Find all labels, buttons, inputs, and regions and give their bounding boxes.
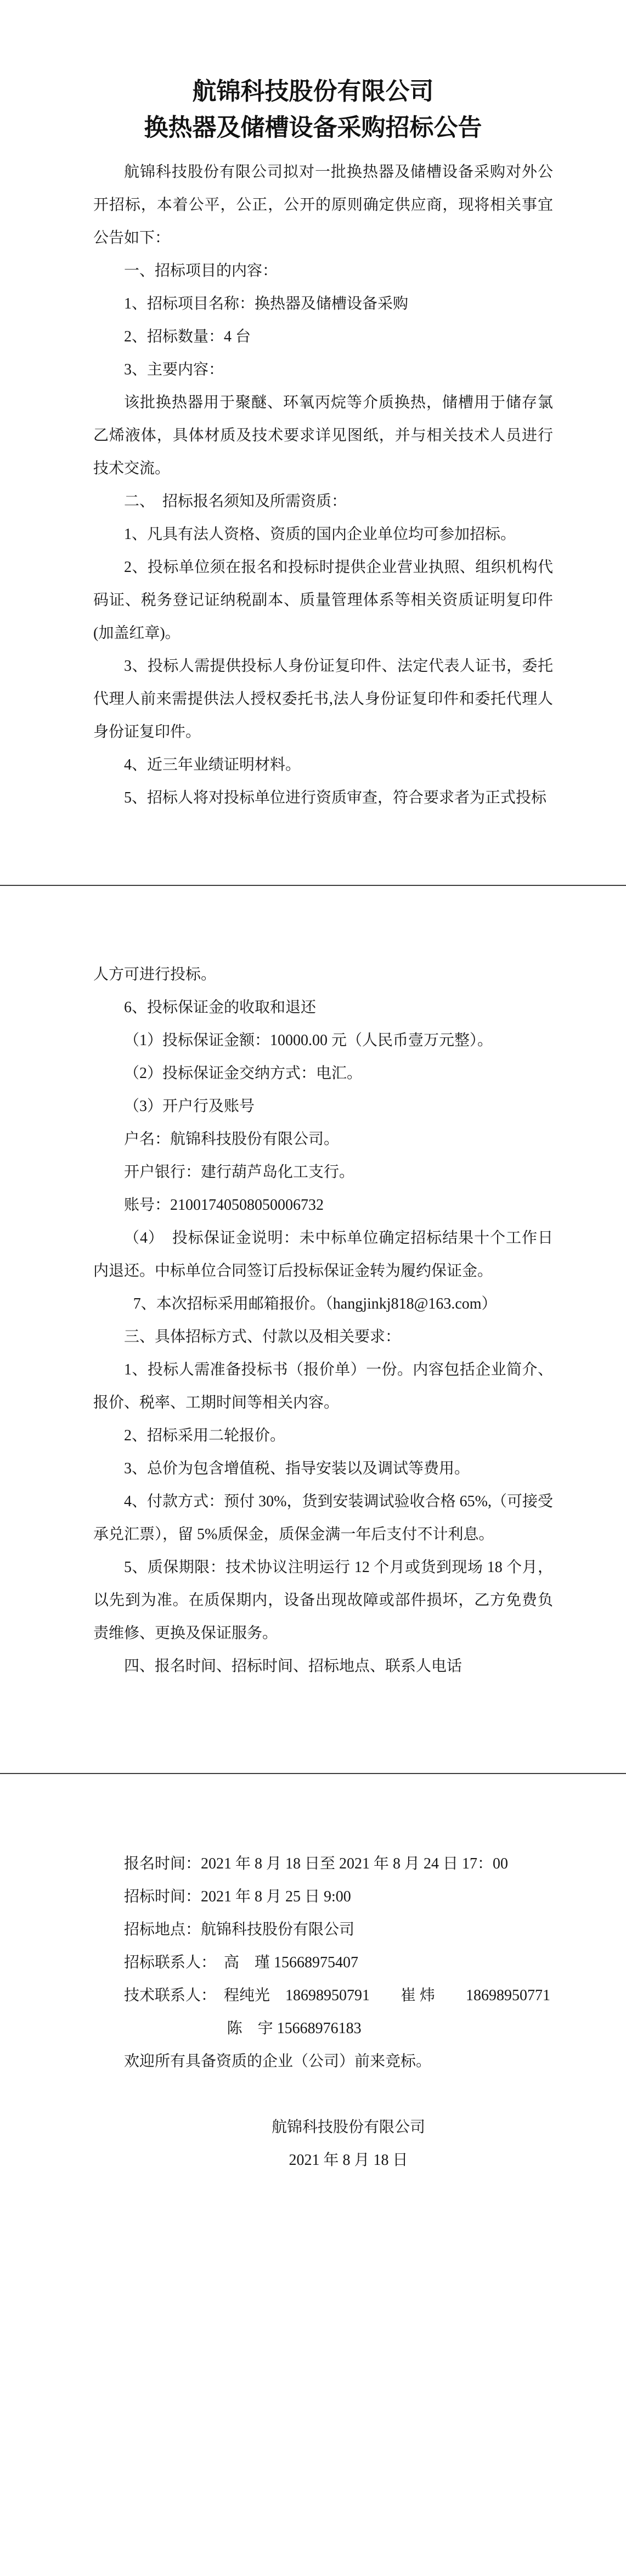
text-line: 3、投标人需提供投标人身份证复印件、法定代表人证书，委托代理人前来需提供法人授权…	[93, 650, 553, 749]
text-line: 开户银行：建行葫芦岛化工支行。	[93, 1156, 553, 1189]
text-line: 报名时间：2021 年 8 月 18 日至 2021 年 8 月 24 日 17…	[93, 1848, 553, 1881]
text-line: 欢迎所有具备资质的企业（公司）前来竞标。	[93, 2045, 553, 2078]
text-line: 1、凡具有法人资格、资质的国内企业单位均可参加招标。	[93, 518, 553, 551]
text-line: 陈 宇 15668976183	[93, 2012, 553, 2045]
text-line: 账号：21001740508050006732	[93, 1189, 553, 1222]
text-line: 4、近三年业绩证明材料。	[93, 749, 553, 782]
page-2: 人方可进行投标。6、投标保证金的收取和退还（1）投标保证金额：10000.00 …	[0, 886, 626, 1773]
text-line: 二、 招标报名须知及所需资质：	[93, 485, 553, 518]
text-line: 技术联系人： 程纯光 18698950791 崔 炜 18698950771	[93, 1979, 553, 2012]
page-1-content: 航锦科技股份有限公司拟对一批换热器及储槽设备采购对外公开招标，本着公平，公正，公…	[93, 156, 553, 815]
text-line: （1）投标保证金额：10000.00 元（人民币壹万元整）。	[93, 1024, 553, 1057]
text-line: 四、报名时间、招标时间、招标地点、联系人电话	[93, 1650, 553, 1683]
text-line: （3）开户行及账号	[93, 1090, 553, 1123]
text-line: 4、付款方式：预付 30%，货到安装调试验收合格 65%,（可接受承兑汇票），留…	[93, 1485, 553, 1551]
text-line: 6、投标保证金的收取和退还	[93, 991, 553, 1024]
text-line: 2、投标单位须在报名和投标时提供企业营业执照、组织机构代码证、税务登记证纳税副本…	[93, 551, 553, 650]
text-line: （4） 投标保证金说明：未中标单位确定招标结果十个工作日内退还。中标单位合同签订…	[93, 1222, 553, 1288]
text-line: 7、本次招标采用邮箱报价。（hangjinkj818@163.com）	[93, 1288, 553, 1321]
document-title-line-2: 换热器及储槽设备采购招标公告	[0, 110, 626, 146]
text-line: 招标地点：航锦科技股份有限公司	[93, 1913, 553, 1946]
text-line: 户名：航锦科技股份有限公司。	[93, 1123, 553, 1156]
text-line: 2、招标采用二轮报价。	[93, 1419, 553, 1452]
text-line: 招标联系人： 高 瑾 15668975407	[93, 1946, 553, 1979]
text-line: 1、招标项目名称：换热器及储槽设备采购	[93, 288, 553, 321]
text-line: 一、招标项目的内容：	[93, 255, 553, 288]
text-line: （2）投标保证金交纳方式：电汇。	[93, 1057, 553, 1090]
text-line: 5、招标人将对投标单位进行资质审查，符合要求者为正式投标	[93, 782, 553, 815]
page-3-content: 报名时间：2021 年 8 月 18 日至 2021 年 8 月 24 日 17…	[93, 1848, 553, 2177]
document-title: 航锦科技股份有限公司 换热器及储槽设备采购招标公告	[0, 74, 626, 146]
page-3: 报名时间：2021 年 8 月 18 日至 2021 年 8 月 24 日 17…	[0, 1774, 626, 2576]
text-line: 招标时间：2021 年 8 月 25 日 9:00	[93, 1881, 553, 1913]
page-1: 航锦科技股份有限公司 换热器及储槽设备采购招标公告 航锦科技股份有限公司拟对一批…	[0, 0, 626, 885]
text-line: 3、主要内容：	[93, 353, 553, 386]
text-line: 该批换热器用于聚醚、环氧丙烷等介质换热，储槽用于储存氯乙烯液体，具体材质及技术要…	[93, 386, 553, 485]
document-title-line-1: 航锦科技股份有限公司	[0, 74, 626, 110]
tender-announcement-document: 航锦科技股份有限公司 换热器及储槽设备采购招标公告 航锦科技股份有限公司拟对一批…	[0, 0, 626, 2576]
text-line: 1、投标人需准备投标书（报价单）一份。内容包括企业简介、报价、税率、工期时间等相…	[93, 1354, 553, 1419]
text-line: 三、具体招标方式、付款以及相关要求：	[93, 1321, 553, 1354]
text-line: 人方可进行投标。	[93, 958, 553, 991]
text-line: 3、总价为包含增值税、指导安装以及调试等费用。	[93, 1452, 553, 1485]
text-line: 航锦科技股份有限公司拟对一批换热器及储槽设备采购对外公开招标，本着公平，公正，公…	[93, 156, 553, 255]
text-line	[93, 2078, 553, 2111]
text-line: 2021 年 8 月 18 日	[119, 2144, 578, 2177]
text-line: 5、质保期限：技术协议注明运行 12 个月或货到现场 18 个月，以先到为准。在…	[93, 1551, 553, 1650]
text-line: 2、招标数量：4 台	[93, 321, 553, 353]
page-2-content: 人方可进行投标。6、投标保证金的收取和退还（1）投标保证金额：10000.00 …	[93, 958, 553, 1683]
text-line: 航锦科技股份有限公司	[119, 2111, 578, 2144]
